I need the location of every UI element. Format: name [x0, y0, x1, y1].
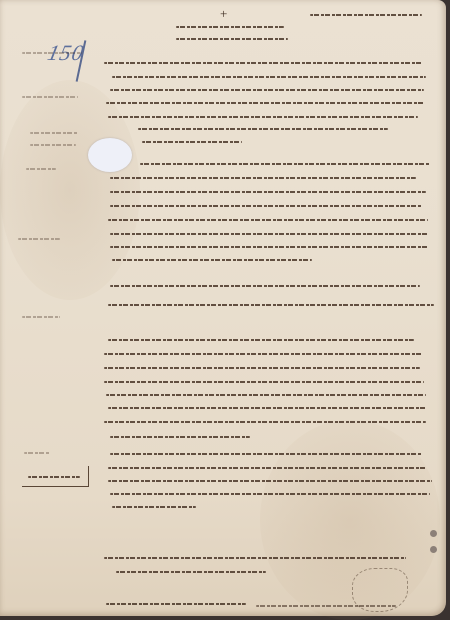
- cross-mark: +: [220, 6, 227, 22]
- manuscript-page: + [illegible heading, 2 lines] [illegibl…: [0, 0, 446, 616]
- paper-stain: [260, 420, 440, 620]
- binding-hole: [430, 546, 437, 553]
- boxed-margin-note: [22, 466, 89, 487]
- seal-hole: [88, 138, 132, 172]
- paper-stain: [0, 80, 140, 300]
- signature-rubric: [signature / rubric]: [352, 568, 408, 612]
- binding-hole: [430, 530, 437, 537]
